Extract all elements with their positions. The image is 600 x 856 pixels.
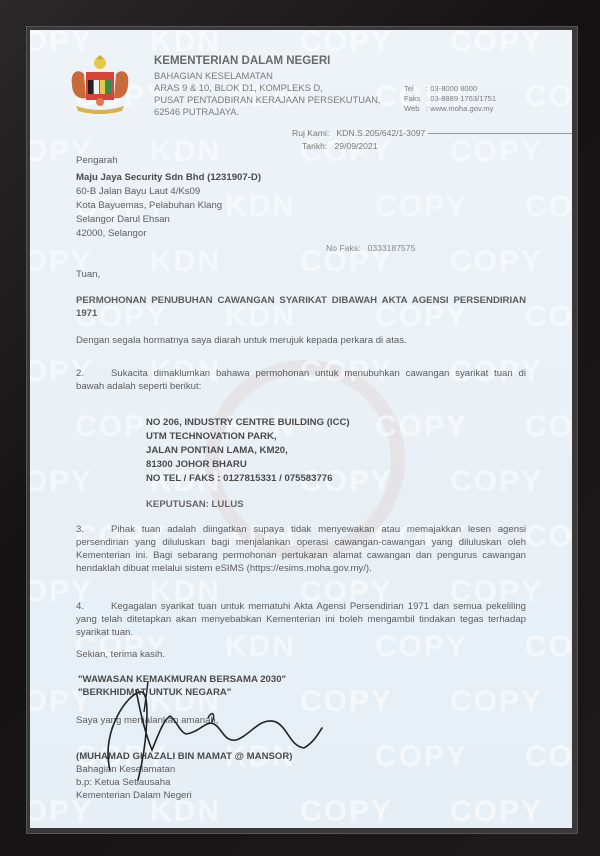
watermark-text: COPY — [30, 465, 93, 499]
paragraph-2: 2.Sukacita dimaklumkan bahawa permohonan… — [76, 367, 526, 393]
watermark-text: KDN — [150, 245, 221, 279]
watermark-text: KDN — [150, 135, 221, 169]
recipient-address-line: 60-B Jalan Bayu Laut 4/Ks09 — [76, 185, 200, 198]
letter-document: COPYKDNCOPYCOPYCOPYKDNCOPYCOPYCOPYKDNCOP… — [30, 30, 572, 828]
opening-paragraph: Dengan segala hormatnya saya diarah untu… — [76, 334, 407, 347]
paragraph-3: 3.Pihak tuan adalah diingatkan supaya ti… — [76, 523, 526, 575]
letter-subject: PERMOHONAN PENUBUHAN CAWANGAN SYARIKAT D… — [76, 294, 526, 320]
reference-number: Ruj Kami: KDN.S.205/642/1-3097 — [292, 127, 428, 140]
watermark-text: COPY — [525, 300, 572, 334]
watermark-text: COPY — [450, 465, 543, 499]
watermark-text: COPY — [375, 190, 468, 224]
recipient-address-line: Kota Bayuemas, Pelabuhan Klang — [76, 199, 222, 212]
address-line: ARAS 9 & 10, BLOK D1, KOMPLEKS D, — [154, 82, 323, 93]
contact-fax: Faks: 03-8889 1763/1751 — [404, 94, 496, 103]
recipient-fax: No Faks: 0333187575 — [326, 242, 415, 255]
branch-address-line: NO 206, INDUSTRY CENTRE BUILDING (ICC) — [146, 416, 350, 429]
watermark-text: COPY — [450, 245, 543, 279]
watermark-text: COPY — [450, 30, 543, 59]
watermark-text: COPY — [300, 795, 393, 828]
contact-web: Web: www.moha.gov.my — [404, 104, 493, 113]
letter-date: Tarikh: 29/09/2021 — [302, 140, 378, 153]
branch-contact: NO TEL / FAKS : 0127815331 / 075583776 — [146, 472, 332, 485]
malaysia-coat-of-arms-icon — [66, 54, 134, 116]
recipient-company: Maju Jaya Security Sdn Bhd (1231907-D) — [76, 171, 261, 184]
closing: Sekian, terima kasih. — [76, 648, 165, 661]
picture-frame: COPYKDNCOPYCOPYCOPYKDNCOPYCOPYCOPYKDNCOP… — [0, 0, 600, 856]
paragraph-4: 4.Kegagalan syarikat tuan untuk mematuhi… — [76, 600, 526, 639]
branch-address-line: 81300 JOHOR BHARU — [146, 458, 247, 471]
recipient-address-line: Selangor Darul Ehsan — [76, 213, 170, 226]
signatory-line: Kementerian Dalam Negeri — [76, 789, 192, 802]
recipient-title: Pengarah — [76, 154, 118, 167]
watermark-text: COPY — [525, 740, 572, 774]
watermark-text: KDN — [225, 190, 296, 224]
address-line: 62546 PUTRAJAYA. — [154, 106, 239, 117]
signature-icon — [90, 670, 330, 790]
watermark-text: COPY — [525, 190, 572, 224]
watermark-text: COPY — [525, 630, 572, 664]
decision-status: KEPUTUSAN: LULUS — [146, 498, 244, 511]
watermark-text: COPY — [450, 135, 543, 169]
ministry-name: KEMENTERIAN DALAM NEGERI — [154, 55, 330, 67]
watermark-text: COPY — [525, 80, 572, 114]
division-name: BAHAGIAN KESELAMATAN — [154, 70, 273, 81]
contact-tel: Tel: 03-8000 8000 — [404, 84, 477, 93]
branch-address-line: UTM TECHNOVATION PARK, — [146, 430, 277, 443]
watermark-text: COPY — [450, 795, 543, 828]
branch-address-line: JALAN PONTIAN LAMA, KM20, — [146, 444, 288, 457]
salutation: Tuan, — [76, 268, 100, 281]
address-line: PUSAT PENTADBIRAN KERAJAAN PERSEKUTUAN, — [154, 94, 381, 105]
watermark-text: COPY — [525, 520, 572, 554]
watermark-text: COPY — [375, 740, 468, 774]
recipient-address-line: 42000, Selangor — [76, 227, 146, 240]
watermark-text: COPY — [450, 685, 543, 719]
watermark-text: COPY — [525, 410, 572, 444]
